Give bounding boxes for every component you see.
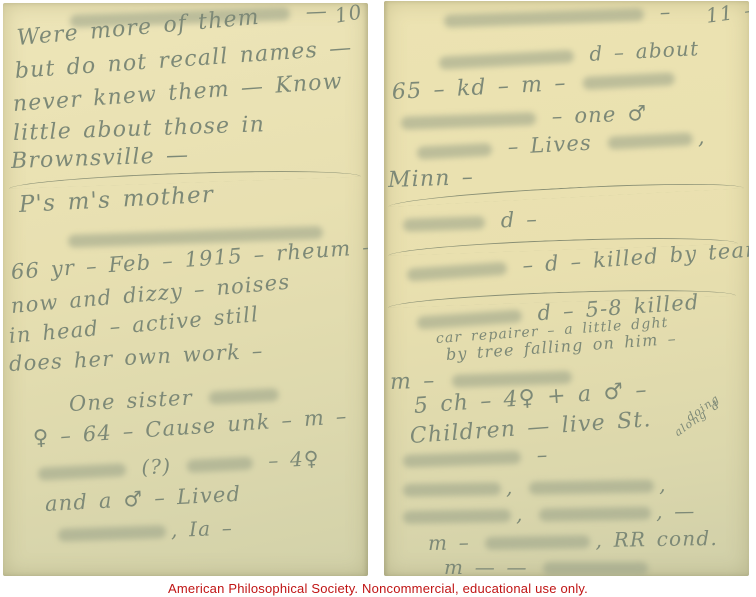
handwritten-line: Brownsville —: [11, 144, 190, 174]
redacted-header: –: [439, 1, 672, 32]
handwriting-text: – one ♂: [540, 101, 647, 129]
redacted-text: [403, 451, 521, 468]
redacted-text: [403, 216, 485, 232]
handwritten-line: does her own work –: [8, 340, 264, 376]
handwriting-text: One sister: [68, 385, 204, 416]
redacted-text: [407, 262, 508, 282]
handwriting-text: m –: [390, 368, 447, 395]
scanned-document: —10Were more of thembut do not recall na…: [0, 0, 756, 597]
handwriting-text: ,: [659, 472, 667, 496]
handwritten-line: d –: [398, 208, 539, 236]
handwritten-line: and a ♂ – Lived: [44, 483, 241, 516]
handwriting-text: , —: [656, 499, 696, 524]
redacted-text: [417, 143, 493, 160]
redacted-text: [608, 132, 694, 149]
handwritten-line: little about those in: [13, 113, 266, 146]
handwriting-text: – Lives: [496, 130, 603, 160]
handwritten-line: –: [398, 444, 549, 472]
handwritten-line: , , —: [398, 500, 696, 527]
handwriting-text: d – about: [578, 36, 700, 66]
handwritten-line: m — —: [444, 556, 653, 576]
redacted-text: [58, 525, 166, 542]
handwritten-line: m – , RR cond.: [428, 527, 718, 554]
handwritten-line: , Ia –: [53, 517, 234, 545]
handwriting-text: Minn –: [388, 165, 475, 193]
handwriting-text: —: [294, 3, 328, 24]
handwriting-text: 65 – kd – m –: [391, 70, 578, 105]
redacted-text: [582, 72, 675, 90]
redacted-text: [444, 8, 644, 28]
redacted-text: [543, 562, 648, 575]
handwriting-text: little about those in: [13, 112, 266, 146]
handwriting-text: ,: [506, 475, 525, 499]
notebook-page-left: —10Were more of thembut do not recall na…: [3, 3, 368, 576]
redacted-text: [539, 507, 651, 522]
handwriting-text: 10: [333, 3, 365, 28]
handwriting-text: , RR cond.: [595, 526, 718, 552]
handwritten-line: (?) – 4♀: [32, 447, 320, 484]
handwriting-text: and a ♂ – Lived: [44, 482, 241, 516]
handwriting-text: m –: [428, 530, 481, 555]
handwriting-text: 11 –: [704, 1, 749, 28]
handwritten-line: – one ♂: [396, 102, 648, 134]
redacted-text: [38, 463, 127, 481]
handwriting-text: –: [525, 443, 548, 468]
redacted-text: [187, 456, 254, 472]
handwriting-text: ,: [516, 502, 535, 526]
handwriting-text: , Ia –: [171, 516, 234, 542]
redacted-text: [403, 482, 501, 497]
handwriting-text: – 4♀: [257, 446, 320, 473]
credit-caption: American Philosophical Society. Noncomme…: [0, 581, 756, 596]
handwriting-text: ,: [697, 125, 706, 149]
handwriting-text: –: [648, 1, 671, 25]
handwriting-text: m — —: [444, 555, 538, 576]
redacted-text: [401, 112, 536, 130]
handwritten-line: Minn –: [388, 166, 475, 193]
page-number: 10: [333, 3, 364, 27]
handwriting-text: Brownsville —: [11, 143, 190, 174]
handwritten-line: P's m's mother: [18, 183, 214, 218]
notebook-page-right: –11 – d – about65 – kd – m – – one ♂ – L…: [384, 1, 749, 576]
handwritten-line: , ,: [398, 473, 667, 500]
handwriting-text: (?): [130, 453, 182, 480]
redacted-text: [403, 509, 511, 524]
handwriting-text: d –: [490, 207, 539, 233]
redacted-text: [208, 388, 279, 405]
redacted-text: [439, 50, 574, 70]
redacted-text: [485, 535, 590, 550]
page-number: 11 –: [704, 1, 749, 27]
redacted-text: [529, 480, 654, 495]
